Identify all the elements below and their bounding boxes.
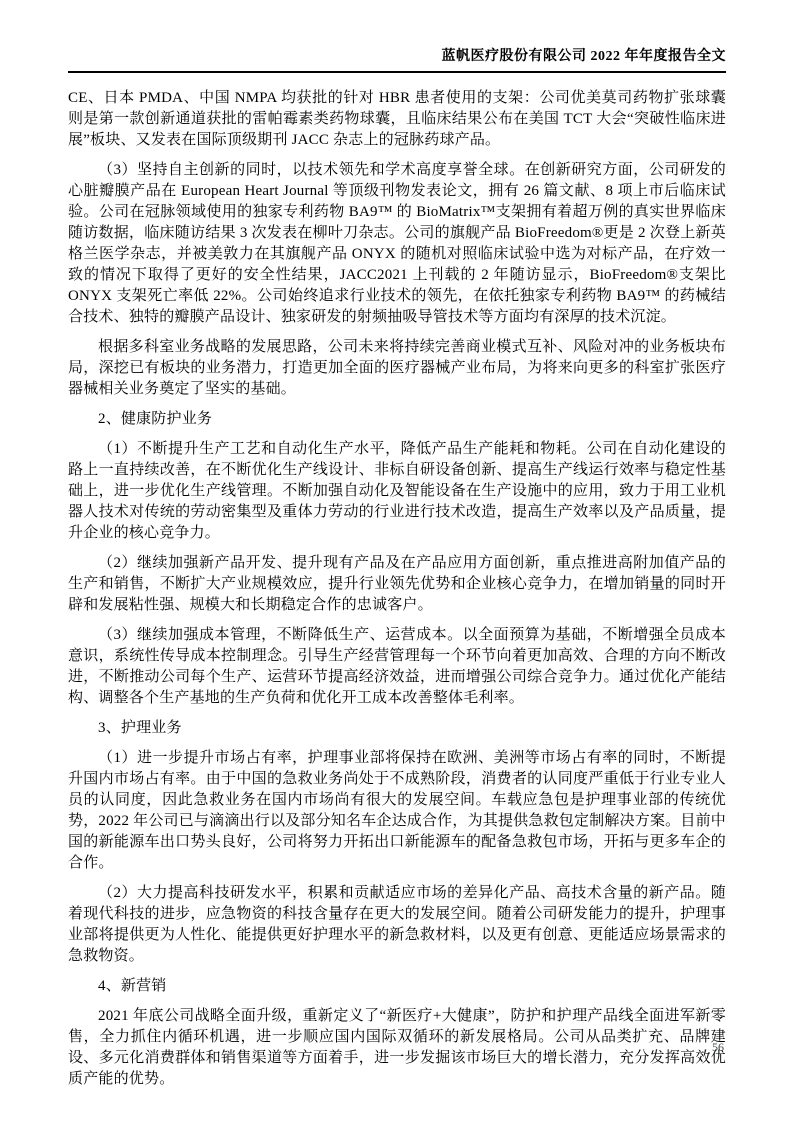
report-title: 蓝帆医疗股份有限公司 2022 年年度报告全文 bbox=[442, 49, 727, 64]
document-page: 蓝帆医疗股份有限公司 2022 年年度报告全文 CE、日本 PMDA、中国 NM… bbox=[0, 0, 794, 1123]
page-number: 56 bbox=[712, 1040, 724, 1054]
paragraph-multi-department-strategy: 根据多科室业务战略的发展思路，公司未来将持续完善商业模式互补、风险对冲的业务板块… bbox=[68, 337, 726, 400]
paragraph-strategy-upgrade: 2021 年底公司战略全面升级，重新定义了“新医疗+大健康”，防护和护理产品线全… bbox=[68, 1006, 726, 1090]
paragraph-market-share: （1）进一步提升市场占有率，护理事业部将保持在欧洲、美洲等市场占有率的同时，不断… bbox=[68, 748, 726, 874]
heading-new-marketing: 4、新营销 bbox=[68, 976, 726, 997]
paragraph-production-automation: （1）不断提升生产工艺和自动化生产水平，降低产品生产能耗和物耗。公司在自动化建设… bbox=[68, 439, 726, 544]
paragraph-cost-management: （3）继续加强成本管理，不断降低生产、运营成本。以全面预算为基础，不断增强全员成… bbox=[68, 625, 726, 709]
paragraph-new-product-development: （2）继续加强新产品开发、提升现有产品及在产品应用方面创新，重点推进高附加值产品… bbox=[68, 553, 726, 616]
heading-health-protection-business: 2、健康防护业务 bbox=[68, 409, 726, 430]
paragraph-rd-improvement: （2）大力提高科技研发水平，积累和贡献适应市场的差异化产品、高技术含量的新产品。… bbox=[68, 883, 726, 967]
paragraph-independent-innovation: （3）坚持自主创新的同时，以技术领先和学术高度享誉全球。在创新研究方面，公司研发… bbox=[68, 160, 726, 328]
page-header: 蓝帆医疗股份有限公司 2022 年年度报告全文 bbox=[68, 48, 726, 73]
document-body: CE、日本 PMDA、中国 NMPA 均获批的针对 HBR 患者使用的支架：公司… bbox=[68, 88, 726, 1090]
page-footer: 56 bbox=[712, 1040, 724, 1055]
heading-nursing-business: 3、护理业务 bbox=[68, 718, 726, 739]
paragraph-coronary-stent-approval: CE、日本 PMDA、中国 NMPA 均获批的针对 HBR 患者使用的支架：公司… bbox=[68, 88, 726, 151]
